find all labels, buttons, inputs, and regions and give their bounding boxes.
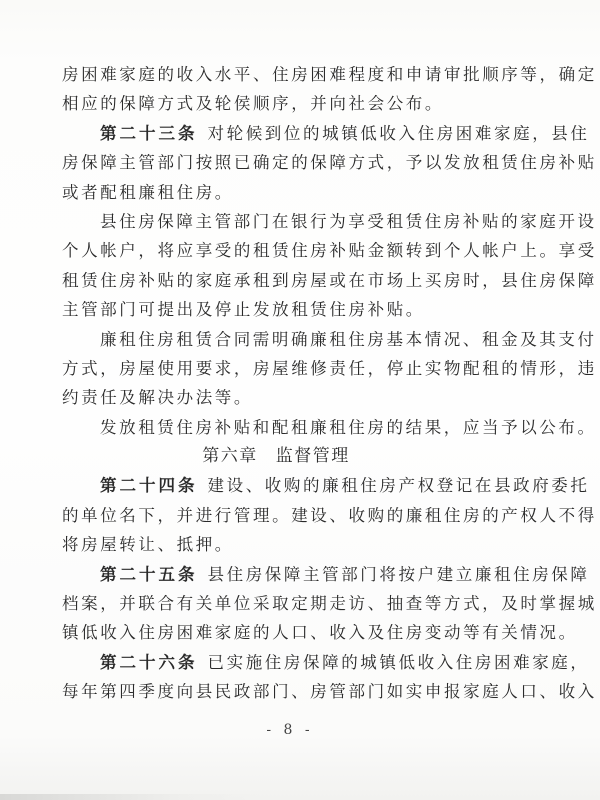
article-26-line: 第二十六条已实施住房保障的城镇低收入住房困难家庭， — [62, 648, 502, 677]
paragraph-line: 发放租赁住房补贴和配租廉租住房的结果，应当予以公布。 — [62, 413, 502, 442]
paragraph-line: 或者配租廉租住房。 — [62, 178, 502, 207]
paragraph-line: 镇低收入住房困难家庭的人口、收入及住房变动等有关情况。 — [62, 618, 502, 647]
paragraph-line: 房困难家庭的收入水平、住房困难程度和申请审批顺序等，确定 — [62, 60, 502, 89]
page-number-text: - 8 - — [266, 722, 313, 738]
paragraph-line: 主管部门可提出及停止发放租赁住房补贴。 — [62, 295, 502, 324]
paragraph-line: 租赁住房补贴的家庭承租到房屋或在市场上买房时，县住房保障 — [62, 266, 502, 295]
chapter-number: 第六章 — [202, 446, 258, 466]
paragraph-line: 房保障主管部门按照已确定的保障方式，予以发放租赁住房补贴 — [62, 148, 502, 177]
paragraph-line: 个人帐户，将应享受的租赁住房补贴金额转到个人帐户上。享受 — [62, 236, 502, 265]
article-24-line: 第二十四条建设、收购的廉租住房产权登记在县政府委托 — [62, 471, 502, 500]
paragraph-line: 的单位名下，并进行管理。建设、收购的廉租住房的产权人不得 — [62, 501, 502, 530]
scan-edge-shadow — [0, 794, 260, 800]
document-body: 房困难家庭的收入水平、住房困难程度和申请审批顺序等，确定 相应的保障方式及轮侯顺… — [62, 60, 502, 707]
article-text: 建设、收购的廉租住房产权登记在县政府委托 — [208, 476, 590, 495]
chapter-title: 监督管理 — [276, 446, 350, 466]
paragraph-line: 廉租住房租赁合同需明确廉租住房基本情况、租金及其支付 — [62, 325, 502, 354]
paragraph-line: 将房屋转让、抵押。 — [62, 530, 502, 559]
paragraph-line: 档案，并联合有关单位采取定期走访、抽查等方式，及时掌握城 — [62, 589, 502, 618]
article-heading: 第二十五条 — [100, 565, 198, 584]
chapter-heading: 第六章监督管理 — [62, 442, 502, 471]
article-23-line: 第二十三条对轮候到位的城镇低收入住房困难家庭，县住 — [62, 119, 502, 148]
article-heading: 第二十六条 — [100, 653, 198, 672]
paragraph-line: 约责任及解决办法等。 — [62, 383, 502, 412]
article-heading: 第二十三条 — [100, 124, 198, 143]
article-heading: 第二十四条 — [100, 476, 198, 495]
paragraph-line: 县住房保障主管部门在银行为享受租赁住房补贴的家庭开设 — [62, 207, 502, 236]
paragraph-line: 方式，房屋使用要求，房屋维修责任，停止实物配租的情形，违 — [62, 354, 502, 383]
document-page: 房困难家庭的收入水平、住房困难程度和申请审批顺序等，确定 相应的保障方式及轮侯顺… — [0, 0, 600, 800]
paragraph-line: 每年第四季度向县民政部门、房管部门如实申报家庭人口、收入 — [62, 677, 502, 706]
article-25-line: 第二十五条县住房保障主管部门将按户建立廉租住房保障 — [62, 560, 502, 589]
article-text: 对轮候到位的城镇低收入住房困难家庭，县住 — [208, 124, 590, 143]
article-text: 县住房保障主管部门将按户建立廉租住房保障 — [208, 565, 590, 584]
page-number: - 8 - — [0, 722, 600, 738]
article-text: 已实施住房保障的城镇低收入住房困难家庭， — [208, 653, 590, 672]
paragraph-line: 相应的保障方式及轮侯顺序，并向社会公布。 — [62, 89, 502, 118]
